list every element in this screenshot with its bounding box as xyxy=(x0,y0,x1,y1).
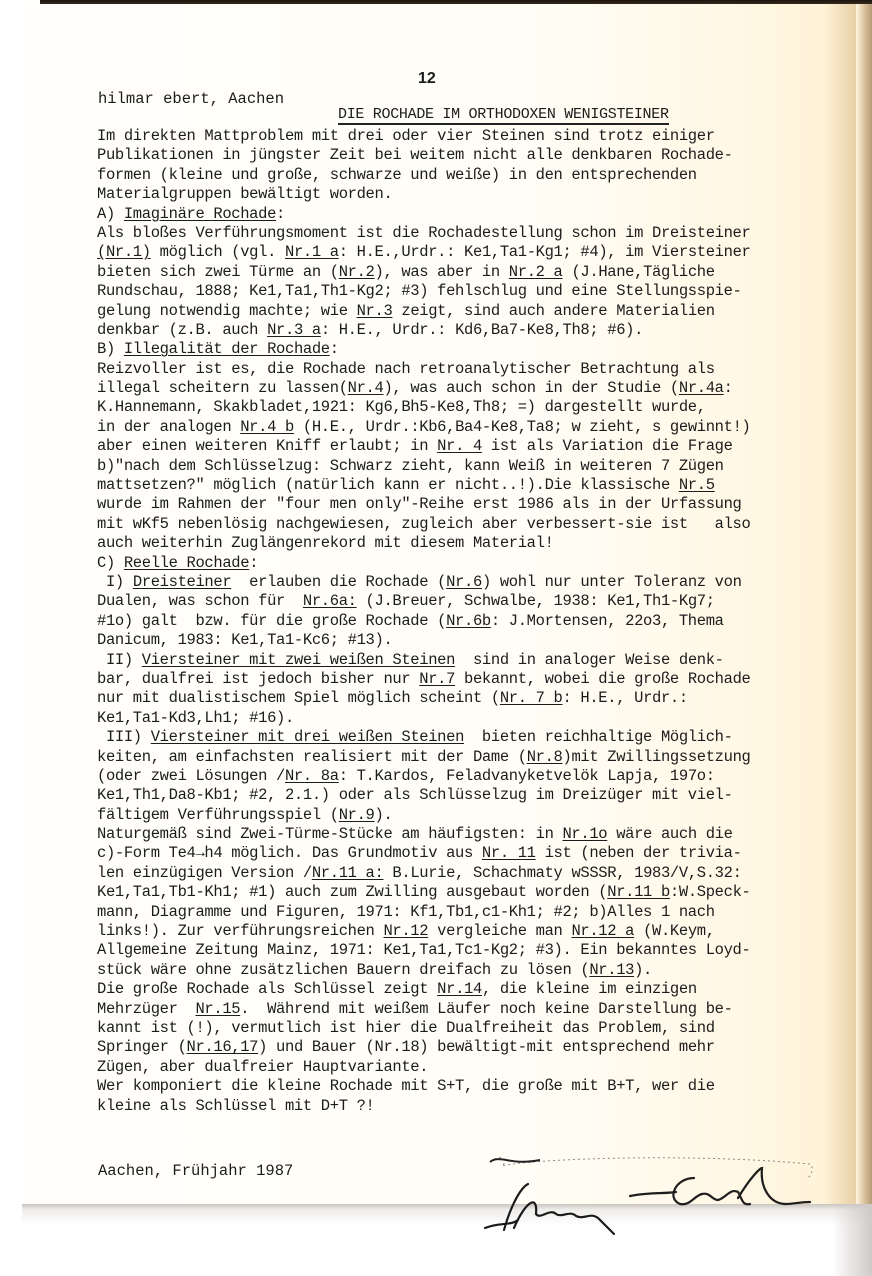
page-number: 12 xyxy=(418,70,436,88)
text-line: aber einen weiteren Kniff erlaubt; in Nr… xyxy=(97,437,837,456)
problem-reference: Nr.8 xyxy=(527,748,563,766)
text-segment: Materialgruppen bewältigt worden. xyxy=(97,185,392,203)
text-line: gelung notwendig machte; wie Nr.3 zeigt,… xyxy=(97,302,837,321)
problem-reference: Nr.4 b xyxy=(240,418,294,436)
problem-reference: Nr. 11 xyxy=(482,844,536,862)
text-segment: gelung notwendig machte; wie xyxy=(97,302,357,320)
text-line: links!). Zur verführungsreichen Nr.12 ve… xyxy=(97,922,837,941)
text-line: nur mit dualistischem Spiel möglich sche… xyxy=(97,689,837,708)
text-line: B) Illegalität der Rochade: xyxy=(97,340,837,359)
text-line: Mehrzüger Nr.15. Während mit weißem Läuf… xyxy=(97,1000,837,1019)
text-segment: len einzügigen Version / xyxy=(97,864,312,882)
text-line: denkbar (z.B. auch Nr.3 a: H.E., Urdr.: … xyxy=(97,321,837,340)
author-line: hilmar ebert, Aachen xyxy=(98,90,284,108)
text-segment: aber einen weiteren Kniff erlaubt; in xyxy=(97,437,437,455)
text-line: Wer komponiert die kleine Rochade mit S+… xyxy=(97,1077,837,1096)
problem-reference: Nr.4a xyxy=(679,379,724,397)
text-segment: wurde im Rahmen der "four men only"-Reih… xyxy=(97,495,742,513)
problem-reference: Nr.13 xyxy=(589,961,634,979)
text-segment: Mehrzüger xyxy=(97,1000,195,1018)
problem-reference: Nr.2 xyxy=(339,263,375,281)
text-segment: ), was auch schon in der Studie ( xyxy=(383,379,678,397)
text-line: Die große Rochade als Schlüssel zeigt Nr… xyxy=(97,980,837,999)
text-segment: bieten sich zwei Türme an ( xyxy=(97,263,339,281)
article-title: DIE ROCHADE IM ORTHODOXEN WENIGSTEINER xyxy=(338,106,669,125)
text-segment: Wer komponiert die kleine Rochade mit S+… xyxy=(97,1077,715,1095)
text-segment: C) xyxy=(97,554,124,572)
text-segment: denkbar (z.B. auch xyxy=(97,321,267,339)
problem-reference: Nr.7 xyxy=(419,670,455,688)
text-segment: : xyxy=(330,340,339,358)
problem-reference: Reelle Rochade xyxy=(124,554,249,572)
problem-reference: Nr.4 xyxy=(348,379,384,397)
text-line: Als bloßes Verführungsmoment ist die Roc… xyxy=(97,224,837,243)
text-line: I) Dreisteiner erlauben die Rochade (Nr.… xyxy=(97,573,837,592)
text-segment: sind in analoger Weise denk- xyxy=(455,651,724,669)
text-line: wurde im Rahmen der "four men only"-Reih… xyxy=(97,495,837,514)
text-segment: vergleiche man xyxy=(428,922,571,940)
problem-reference: Imaginäre Rochade xyxy=(124,205,276,223)
text-segment: : H.E.,Urdr.: Ke1,Ta1-Kg1; #4), im Viers… xyxy=(339,243,751,261)
text-segment: kannt ist (!), vermutlich ist hier die D… xyxy=(97,1019,715,1037)
place-date: Aachen, Frühjahr 1987 xyxy=(98,1162,293,1180)
text-line: mattsetzen?" möglich (natürlich kann er … xyxy=(97,476,837,495)
text-segment: ist (neben der trivia- xyxy=(536,844,742,862)
text-line: II) Viersteiner mit zwei weißen Steinen … xyxy=(97,651,837,670)
problem-reference: Nr.3 a xyxy=(267,321,321,339)
problem-reference: (Nr.1) xyxy=(97,243,151,261)
text-line: keiten, am einfachsten realisiert mit de… xyxy=(97,748,837,767)
text-line: Ke1,Ta1-Kd3,Lh1; #16). xyxy=(97,709,837,728)
text-segment: Danicum, 1983: Ke1,Ta1-Kc6; #13). xyxy=(97,631,392,649)
text-segment: : xyxy=(249,554,258,572)
text-line: illegal scheitern zu lassen(Nr.4), was a… xyxy=(97,379,837,398)
scan-right-edge xyxy=(856,4,872,1204)
text-segment: kleine als Schlüssel mit D+T ?! xyxy=(97,1097,375,1115)
text-line: Rundschau, 1888; Ke1,Ta1,Th1-Kg2; #3) fe… xyxy=(97,282,837,301)
text-segment: Zügen, aber dualfreier Hauptvariante. xyxy=(97,1058,428,1076)
text-line: b)"nach dem Schlüsselzug: Schwarz zieht,… xyxy=(97,457,837,476)
text-line: c)-Form Te4→h4 möglich. Das Grundmotiv a… xyxy=(97,844,837,863)
problem-reference: Nr.16,17 xyxy=(187,1038,259,1056)
text-segment: erlauben die Rochade ( xyxy=(231,573,446,591)
text-segment: III) xyxy=(97,728,151,746)
text-segment: #1o) galt bzw. für die große Rochade ( xyxy=(97,612,446,630)
problem-reference: Dreisteiner xyxy=(133,573,231,591)
problem-reference: Illegalität der Rochade xyxy=(124,340,330,358)
text-line: (oder zwei Lösungen /Nr. 8a: T.Kardos, F… xyxy=(97,767,837,786)
text-segment: ) und Bauer (Nr.18) bewältigt-mit entspr… xyxy=(258,1038,715,1056)
text-segment: bieten reichhaltige Möglich- xyxy=(464,728,733,746)
problem-reference: Viersteiner mit zwei weißen Steinen xyxy=(142,651,455,669)
problem-reference: Nr.1 a xyxy=(285,243,339,261)
text-segment: Ke1,Ta1,Tb1-Kh1; #1) auch zum Zwilling a… xyxy=(97,883,607,901)
signature-icon xyxy=(480,1148,820,1238)
text-line: Naturgemäß sind Zwei-Türme-Stücke am häu… xyxy=(97,825,837,844)
text-segment: (H.E., Urdr.:Kb6,Ba4-Ke8,Ta8; w zieht, s… xyxy=(294,418,751,436)
problem-reference: Nr.6b xyxy=(446,612,491,630)
problem-reference: Nr.12 xyxy=(383,922,428,940)
text-line: formen (kleine und große, schwarze und w… xyxy=(97,166,837,185)
text-segment: Ke1,Th1,Da8-Kb1; #2, 2.1.) oder als Schl… xyxy=(97,786,733,804)
problem-reference: Nr.14 xyxy=(437,980,482,998)
problem-reference: Nr.11 b xyxy=(607,883,670,901)
text-line: kleine als Schlüssel mit D+T ?! xyxy=(97,1097,837,1116)
text-segment: Rundschau, 1888; Ke1,Ta1,Th1-Kg2; #3) fe… xyxy=(97,282,742,300)
text-segment: : xyxy=(276,205,285,223)
text-segment: ). xyxy=(375,806,393,824)
text-line: Materialgruppen bewältigt worden. xyxy=(97,185,837,204)
problem-reference: Nr.12 a xyxy=(571,922,634,940)
text-segment: mattsetzen?" möglich (natürlich kann er … xyxy=(97,476,679,494)
text-line: K.Hannemann, Skakbladet,1921: Kg6,Bh5-Ke… xyxy=(97,398,837,417)
text-line: C) Reelle Rochade: xyxy=(97,554,837,573)
text-line: mann, Diagramme und Figuren, 1971: Kf1,T… xyxy=(97,903,837,922)
text-segment: ). xyxy=(634,961,652,979)
text-segment: Die große Rochade als Schlüssel zeigt xyxy=(97,980,437,998)
text-segment: I) xyxy=(97,573,133,591)
text-segment: Allgemeine Zeitung Mainz, 1971: Ke1,Ta1,… xyxy=(97,941,750,959)
text-segment: ) wohl nur unter Toleranz von xyxy=(482,573,742,591)
text-segment: (oder zwei Lösungen / xyxy=(97,767,285,785)
text-segment: formen (kleine und große, schwarze und w… xyxy=(97,166,697,184)
text-line: fältigem Verführungsspiel (Nr.9). xyxy=(97,806,837,825)
text-segment: (W.Keym, xyxy=(634,922,715,940)
text-segment: Reizvoller ist es, die Rochade nach retr… xyxy=(97,360,715,378)
problem-reference: Nr. 7 b xyxy=(500,689,563,707)
text-segment: Springer ( xyxy=(97,1038,187,1056)
text-segment: möglich (vgl. xyxy=(151,243,285,261)
problem-reference: Nr.9 xyxy=(339,806,375,824)
problem-reference: Viersteiner mit drei weißen Steinen xyxy=(151,728,464,746)
text-segment: . Während mit weißem Läufer noch keine D… xyxy=(240,1000,732,1018)
text-line: Zügen, aber dualfreier Hauptvariante. xyxy=(97,1058,837,1077)
problem-reference: Nr.6 xyxy=(446,573,482,591)
text-segment: )mit Zwillingssetzung xyxy=(563,748,751,766)
text-segment: c)-Form Te4→h4 möglich. Das Grundmotiv a… xyxy=(97,844,482,862)
text-line: len einzügigen Version /Nr.11 a: B.Lurie… xyxy=(97,864,837,883)
text-segment: wäre auch die xyxy=(607,825,732,843)
text-segment: links!). Zur verführungsreichen xyxy=(97,922,383,940)
article-body: Im direkten Mattproblem mit drei oder vi… xyxy=(97,127,837,1116)
text-segment: , die kleine im einzigen xyxy=(482,980,697,998)
text-segment: : H.E., Urdr.: xyxy=(563,689,688,707)
problem-reference: Nr.11 a: xyxy=(312,864,384,882)
text-segment: K.Hannemann, Skakbladet,1921: Kg6,Bh5-Ke… xyxy=(97,398,706,416)
text-line: Dualen, was schon für Nr.6a: (J.Breuer, … xyxy=(97,592,837,611)
text-segment: : xyxy=(724,379,733,397)
text-segment: Publikationen in jüngster Zeit bei weite… xyxy=(97,146,733,164)
text-segment: ist als Variation die Frage xyxy=(482,437,733,455)
problem-reference: Nr.6a: xyxy=(303,592,357,610)
text-segment: II) xyxy=(97,651,142,669)
text-line: kannt ist (!), vermutlich ist hier die D… xyxy=(97,1019,837,1038)
text-line: Publikationen in jüngster Zeit bei weite… xyxy=(97,146,837,165)
text-line: (Nr.1) möglich (vgl. Nr.1 a: H.E.,Urdr.:… xyxy=(97,243,837,262)
text-line: Im direkten Mattproblem mit drei oder vi… xyxy=(97,127,837,146)
text-line: bar, dualfrei ist jedoch bisher nur Nr.7… xyxy=(97,670,837,689)
text-line: stück wäre ohne zusätzlichen Bauern drei… xyxy=(97,961,837,980)
text-segment: Naturgemäß sind Zwei-Türme-Stücke am häu… xyxy=(97,825,562,843)
text-segment: B) xyxy=(97,340,124,358)
text-segment: B.Lurie, Schachmaty wSSSR, 1983/V,S.32: xyxy=(383,864,741,882)
text-line: Allgemeine Zeitung Mainz, 1971: Ke1,Ta1,… xyxy=(97,941,837,960)
text-segment: illegal scheitern zu lassen( xyxy=(97,379,348,397)
text-line: #1o) galt bzw. für die große Rochade (Nr… xyxy=(97,612,837,631)
text-line: Ke1,Th1,Da8-Kb1; #2, 2.1.) oder als Schl… xyxy=(97,786,837,805)
text-line: Reizvoller ist es, die Rochade nach retr… xyxy=(97,360,837,379)
text-segment: : T.Kardos, Feladvanyketvelök Lapja, 197… xyxy=(339,767,715,785)
text-segment: Als bloßes Verführungsmoment ist die Roc… xyxy=(97,224,750,242)
problem-reference: Nr.1o xyxy=(562,825,607,843)
text-segment: stück wäre ohne zusätzlichen Bauern drei… xyxy=(97,961,589,979)
text-segment: b)"nach dem Schlüsselzug: Schwarz zieht,… xyxy=(97,457,724,475)
text-segment: : J.Mortensen, 22o3, Thema xyxy=(491,612,724,630)
problem-reference: Nr.15 xyxy=(195,1000,240,1018)
text-segment: (J.Hane,Tägliche xyxy=(563,263,715,281)
text-segment: keiten, am einfachsten realisiert mit de… xyxy=(97,748,527,766)
text-line: in der analogen Nr.4 b (H.E., Urdr.:Kb6,… xyxy=(97,418,837,437)
problem-reference: Nr.5 xyxy=(679,476,715,494)
text-segment: bar, dualfrei ist jedoch bisher nur xyxy=(97,670,419,688)
text-line: mit wKf5 nebenlösig nachgewiesen, zuglei… xyxy=(97,515,837,534)
text-line: auch weiterhin Zuglängenrekord mit diese… xyxy=(97,534,837,553)
text-segment: nur mit dualistischem Spiel möglich sche… xyxy=(97,689,500,707)
text-segment: fältigem Verführungsspiel ( xyxy=(97,806,339,824)
text-segment: auch weiterhin Zuglängenrekord mit diese… xyxy=(97,534,554,552)
text-line: A) Imaginäre Rochade: xyxy=(97,205,837,224)
text-segment: bekannt, wobei die große Rochade xyxy=(455,670,750,688)
text-line: Springer (Nr.16,17) und Bauer (Nr.18) be… xyxy=(97,1038,837,1057)
text-segment: Dualen, was schon für xyxy=(97,592,303,610)
problem-reference: Nr.3 xyxy=(357,302,393,320)
problem-reference: Nr. 8a xyxy=(285,767,339,785)
text-segment: in der analogen xyxy=(97,418,240,436)
text-segment: zeigt, sind auch andere Materialien xyxy=(392,302,714,320)
text-segment: : H.E., Urdr.: Kd6,Ba7-Ke8,Th8; #6). xyxy=(321,321,643,339)
text-segment: ), was aber in xyxy=(375,263,509,281)
text-segment: Ke1,Ta1-Kd3,Lh1; #16). xyxy=(97,709,294,727)
text-line: Ke1,Ta1,Tb1-Kh1; #1) auch zum Zwilling a… xyxy=(97,883,837,902)
text-segment: :W.Speck- xyxy=(670,883,751,901)
text-segment: mit wKf5 nebenlösig nachgewiesen, zuglei… xyxy=(97,515,750,533)
text-segment: A) xyxy=(97,205,124,223)
text-line: III) Viersteiner mit drei weißen Steinen… xyxy=(97,728,837,747)
problem-reference: Nr. 4 xyxy=(437,437,482,455)
text-line: Danicum, 1983: Ke1,Ta1-Kc6; #13). xyxy=(97,631,837,650)
text-line: bieten sich zwei Türme an (Nr.2), was ab… xyxy=(97,263,837,282)
text-segment: mann, Diagramme und Figuren, 1971: Kf1,T… xyxy=(97,903,715,921)
text-segment: Im direkten Mattproblem mit drei oder vi… xyxy=(97,127,715,145)
problem-reference: Nr.2 a xyxy=(509,263,563,281)
text-segment: (J.Breuer, Schwalbe, 1938: Ke1,Th1-Kg7; xyxy=(357,592,715,610)
